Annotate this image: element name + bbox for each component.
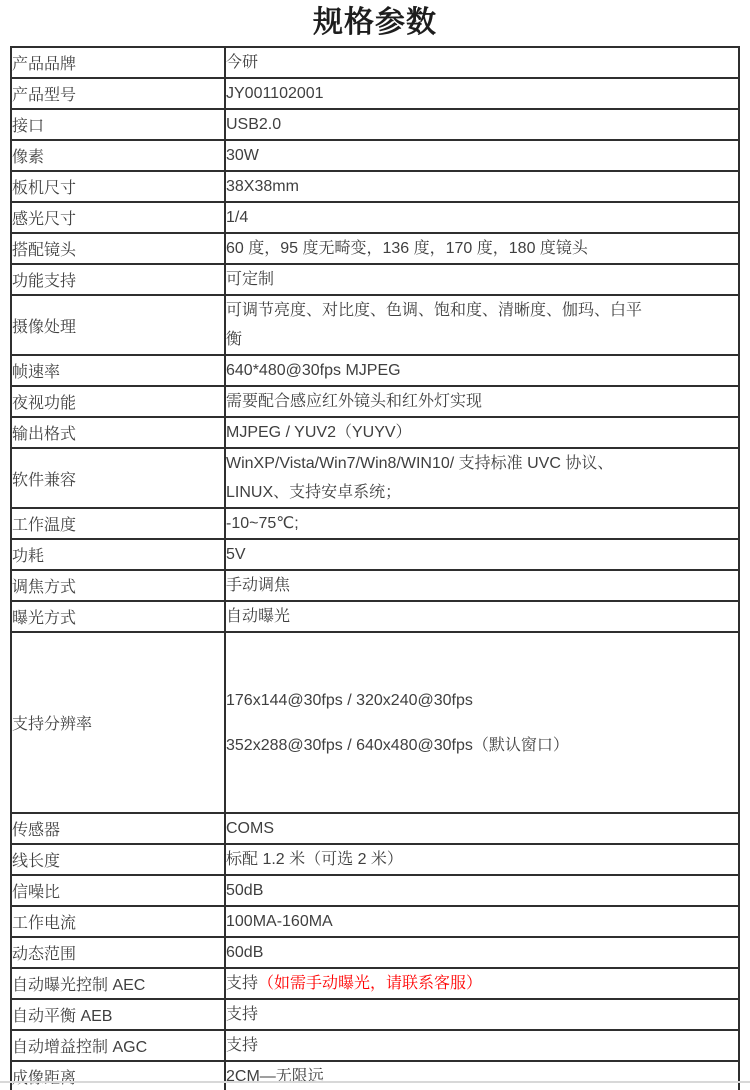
spec-value: 50dB [225,875,739,906]
spec-value-text: LINUX、支持安卓系统； [226,484,401,501]
spec-value-text: 可定制 [226,271,274,288]
spec-value-text: 需要配合感应红外镜头和红外灯实现 [226,393,482,410]
spec-value: 640*480@30fps MJPEG [225,355,739,386]
spec-label: 调焦方式 [11,570,225,601]
spec-value-line: 衡 [226,325,738,354]
spec-label: 功耗 [11,539,225,570]
spec-value-text: -10~75℃; [226,515,299,532]
spec-value-line: WinXP/Vista/Win7/Win8/WIN10/ 支持标准 UVC 协议… [226,449,738,478]
table-row: 线长度标配 1.2 米（可选 2 米） [11,844,739,875]
spec-value-line: USB2.0 [226,110,738,139]
table-row: 成像距离2CM—无限远 [11,1061,739,1090]
table-row: 功耗5V [11,539,739,570]
spec-value-line: 支持 [226,1031,738,1060]
spec-value-line: 支持 [226,1000,738,1029]
spec-value: 60dB [225,937,739,968]
spec-value-line: 需要配合感应红外镜头和红外灯实现 [226,387,738,416]
spec-value-line: -10~75℃; [226,509,738,538]
spec-value: 2CM—无限远 [225,1061,739,1090]
spec-value-line: LINUX、支持安卓系统； [226,478,738,507]
spec-value-text: 支持 [226,1006,258,1023]
spec-value-text: 支持 [226,975,258,992]
spec-label: 动态范围 [11,937,225,968]
spec-value-text: 支持 [226,1037,258,1054]
spec-value: 5V [225,539,739,570]
spec-label: 输出格式 [11,417,225,448]
table-row: 工作电流100MA-160MA [11,906,739,937]
spec-label: 成像距离 [11,1061,225,1090]
spec-label: 支持分辨率 [11,632,225,813]
table-row: 支持分辨率176x144@30fps / 320x240@30fps352x28… [11,632,739,813]
spec-value-line: 60dB [226,938,738,967]
spec-value: 手动调焦 [225,570,739,601]
spec-label: 帧速率 [11,355,225,386]
spec-value-text: 5V [226,546,246,563]
spec-value: 自动曝光 [225,601,739,632]
spec-value-text: 30W [226,147,259,164]
table-row: 信噪比50dB [11,875,739,906]
spec-value-line: 支持（如需手动曝光，请联系客服） [226,969,738,998]
table-row: 自动曝光控制 AEC支持（如需手动曝光，请联系客服） [11,968,739,999]
spec-value-text: WinXP/Vista/Win7/Win8/WIN10/ 支持标准 UVC 协议… [226,455,613,472]
table-row: 摄像处理可调节亮度、对比度、色调、饱和度、清晰度、伽玛、白平衡 [11,295,739,355]
spec-value-text: JY001102001 [226,85,324,102]
spec-value: 30W [225,140,739,171]
spec-value: 今研 [225,47,739,78]
spec-label: 功能支持 [11,264,225,295]
spec-label: 传感器 [11,813,225,844]
spec-label: 曝光方式 [11,601,225,632]
spec-value-text: 手动调焦 [226,577,290,594]
spec-value-line: 50dB [226,876,738,905]
table-row: 产品品牌今研 [11,47,739,78]
spec-value-text: 176x144@30fps / 320x240@30fps [226,692,473,709]
page-title: 规格参数 [0,0,750,42]
spec-value: WinXP/Vista/Win7/Win8/WIN10/ 支持标准 UVC 协议… [225,448,739,508]
spec-value: 标配 1.2 米（可选 2 米） [225,844,739,875]
spec-value: JY001102001 [225,78,739,109]
spec-value-line: 38X38mm [226,172,738,201]
spec-value-text: 今研 [226,54,258,71]
spec-value-highlight: （如需手动曝光，请联系客服） [258,975,482,992]
spec-value: COMS [225,813,739,844]
spec-table: 产品品牌今研产品型号JY001102001接口USB2.0像素30W板机尺寸38… [10,46,740,1090]
spec-value: 100MA-160MA [225,906,739,937]
table-row: 帧速率640*480@30fps MJPEG [11,355,739,386]
spec-label: 信噪比 [11,875,225,906]
spec-label: 自动曝光控制 AEC [11,968,225,999]
spec-label: 工作温度 [11,508,225,539]
spec-label: 感光尺寸 [11,202,225,233]
spec-value: 支持（如需手动曝光，请联系客服） [225,968,739,999]
spec-value-text: 352x288@30fps / 640x480@30fps（默认窗口） [226,737,569,754]
spec-label: 线长度 [11,844,225,875]
spec-label: 产品型号 [11,78,225,109]
table-row: 夜视功能需要配合感应红外镜头和红外灯实现 [11,386,739,417]
spec-value: 支持 [225,1030,739,1061]
spec-value-line: 100MA-160MA [226,907,738,936]
spec-label: 搭配镜头 [11,233,225,264]
spec-label: 工作电流 [11,906,225,937]
spec-value-line: 60 度，95 度无畸变，136 度，170 度，180 度镜头 [226,234,738,263]
table-row: 像素30W [11,140,739,171]
spec-value: 38X38mm [225,171,739,202]
spec-value-line: 30W [226,141,738,170]
spec-label: 自动增益控制 AGC [11,1030,225,1061]
spec-value-line: 手动调焦 [226,571,738,600]
spec-value-line: MJPEG / YUV2（YUYV） [226,418,738,447]
spec-value-text: 640*480@30fps MJPEG [226,362,401,379]
spec-value: 可调节亮度、对比度、色调、饱和度、清晰度、伽玛、白平衡 [225,295,739,355]
spec-value-text: 50dB [226,882,263,899]
table-row: 曝光方式自动曝光 [11,601,739,632]
spec-value-line: 1/4 [226,203,738,232]
spec-label: 像素 [11,140,225,171]
spec-value: 176x144@30fps / 320x240@30fps352x288@30f… [225,632,739,813]
spec-value-text: 标配 1.2 米（可选 2 米） [226,851,403,868]
spec-label: 板机尺寸 [11,171,225,202]
table-row: 感光尺寸1/4 [11,202,739,233]
spec-value-text: MJPEG / YUV2（YUYV） [226,424,412,441]
spec-value-line: 5V [226,540,738,569]
spec-label: 软件兼容 [11,448,225,508]
spec-value-line: 2CM—无限远 [226,1062,738,1090]
spec-value-line: 标配 1.2 米（可选 2 米） [226,845,738,874]
spec-value-text: 衡 [226,331,242,348]
spec-value-text: 60 度，95 度无畸变，136 度，170 度，180 度镜头 [226,240,588,257]
spec-label: 接口 [11,109,225,140]
spec-value-text: 38X38mm [226,178,299,195]
spec-value-line: 可调节亮度、对比度、色调、饱和度、清晰度、伽玛、白平 [226,296,738,325]
spec-value-text: 可调节亮度、对比度、色调、饱和度、清晰度、伽玛、白平 [226,302,642,319]
spec-value-line: 可定制 [226,265,738,294]
spec-value: 60 度，95 度无畸变，136 度，170 度，180 度镜头 [225,233,739,264]
spec-value: USB2.0 [225,109,739,140]
spec-value: MJPEG / YUV2（YUYV） [225,417,739,448]
spec-value-line: 640*480@30fps MJPEG [226,356,738,385]
table-row: 动态范围60dB [11,937,739,968]
spec-sheet-page: 规格参数 产品品牌今研产品型号JY001102001接口USB2.0像素30W板… [0,0,750,1090]
spec-value: 支持 [225,999,739,1030]
spec-value: 可定制 [225,264,739,295]
spec-label: 摄像处理 [11,295,225,355]
table-row: 搭配镜头60 度，95 度无畸变，136 度，170 度，180 度镜头 [11,233,739,264]
spec-label: 产品品牌 [11,47,225,78]
table-row: 输出格式MJPEG / YUV2（YUYV） [11,417,739,448]
bottom-divider [0,1081,750,1083]
spec-value-text: 100MA-160MA [226,913,333,930]
spec-value: 需要配合感应红外镜头和红外灯实现 [225,386,739,417]
spec-table-body: 产品品牌今研产品型号JY001102001接口USB2.0像素30W板机尺寸38… [11,47,739,1090]
spec-value-line: 352x288@30fps / 640x480@30fps（默认窗口） [226,723,738,768]
spec-label: 自动平衡 AEB [11,999,225,1030]
spec-value-text: USB2.0 [226,116,281,133]
table-row: 产品型号JY001102001 [11,78,739,109]
table-row: 调焦方式手动调焦 [11,570,739,601]
spec-label: 夜视功能 [11,386,225,417]
spec-value-text: COMS [226,820,274,837]
spec-value-line: JY001102001 [226,79,738,108]
table-row: 传感器COMS [11,813,739,844]
spec-value-line: 176x144@30fps / 320x240@30fps [226,678,738,723]
table-row: 板机尺寸38X38mm [11,171,739,202]
table-row: 软件兼容WinXP/Vista/Win7/Win8/WIN10/ 支持标准 UV… [11,448,739,508]
table-row: 自动平衡 AEB支持 [11,999,739,1030]
table-row: 自动增益控制 AGC支持 [11,1030,739,1061]
spec-value: 1/4 [225,202,739,233]
table-row: 工作温度-10~75℃; [11,508,739,539]
spec-value-text: 自动曝光 [226,608,290,625]
spec-value: -10~75℃; [225,508,739,539]
table-row: 接口USB2.0 [11,109,739,140]
spec-value-line: 自动曝光 [226,602,738,631]
spec-value-line: COMS [226,814,738,843]
spec-value-text: 60dB [226,944,263,961]
spec-value-text: 1/4 [226,209,248,226]
spec-value-line: 今研 [226,48,738,77]
table-row: 功能支持可定制 [11,264,739,295]
